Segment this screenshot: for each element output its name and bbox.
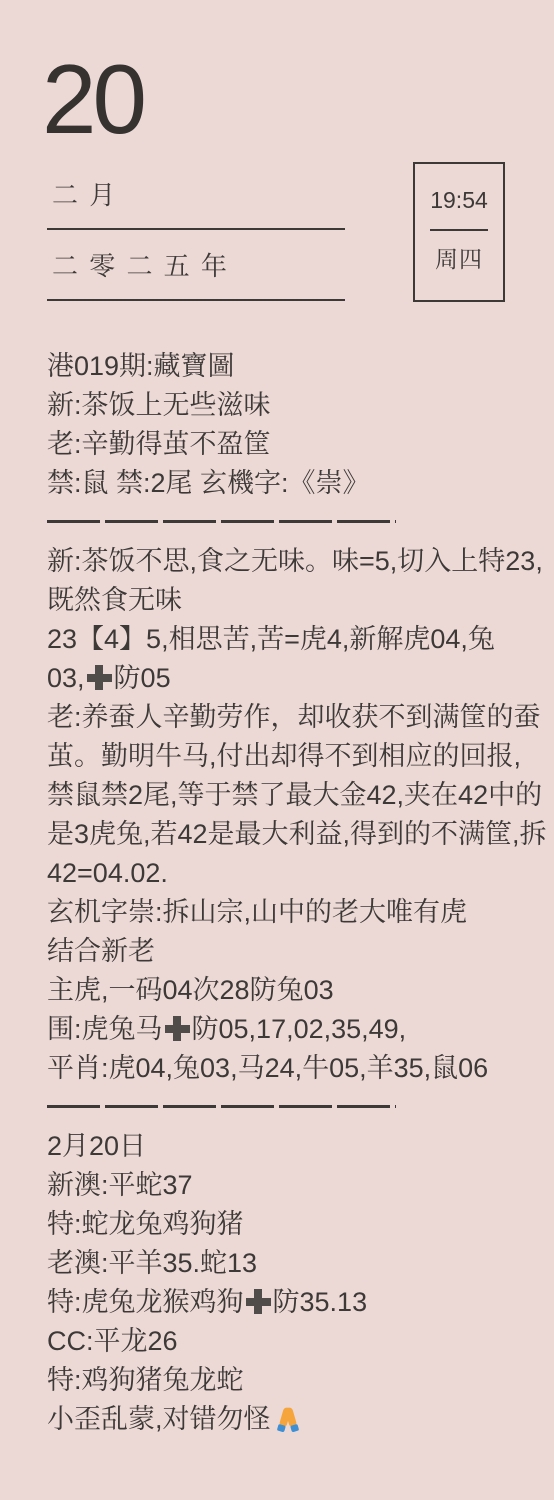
weekday-label: 周四 bbox=[435, 247, 483, 271]
dashed-separator bbox=[47, 1088, 527, 1127]
tips-content: 港019期:藏寶圖 新:茶饭上无些滋味 老:辛勤得茧不盈筐 禁:鼠 禁:2尾 玄… bbox=[47, 347, 527, 1439]
analysis-line: 03,防05 bbox=[47, 659, 527, 698]
old-macau-line: 老澳:平羊35.蛇13 bbox=[47, 1244, 527, 1283]
ban-line: 禁:鼠 禁:2尾 玄機字:《崇》 bbox=[47, 464, 527, 503]
analysis-line: 玄机字崇:拆山宗,山中的老大唯有虎 bbox=[47, 893, 527, 932]
issue-title: 港019期:藏寶圖 bbox=[47, 347, 527, 386]
dash-line bbox=[47, 1105, 396, 1108]
plus-icon bbox=[246, 1289, 271, 1314]
analysis-line: 禁鼠禁2尾,等于禁了最大金42,夹在42中的 bbox=[47, 776, 527, 815]
analysis-line: 老:养蚕人辛勤劳作，却收获不到满筐的蚕 bbox=[47, 698, 527, 737]
calendar-card: 20 二 月 二 零 二 五 年 19:54 周四 港019期:藏寶圖 新:茶饭… bbox=[0, 0, 554, 1500]
plus-icon bbox=[87, 665, 112, 690]
disclaimer-line: 小歪乱蒙,对错勿怪 bbox=[47, 1400, 527, 1439]
folded-hands-icon bbox=[273, 1404, 303, 1434]
year-label: 二 零 二 五 年 bbox=[52, 253, 229, 279]
analysis-line: 围:虎兔马防05,17,02,35,49, bbox=[47, 1010, 527, 1049]
time-label: 19:54 bbox=[430, 188, 488, 212]
dashed-separator bbox=[47, 503, 527, 542]
analysis-line: 42=04.02. bbox=[47, 854, 527, 893]
date-line: 2月20日 bbox=[47, 1127, 527, 1166]
box-divider-line bbox=[430, 229, 488, 231]
analysis-line: 既然食无味 bbox=[47, 581, 527, 620]
analysis-line: 23【4】5,相思苦,苦=虎4,新解虎04,兔 bbox=[47, 620, 527, 659]
cc-line: CC:平龙26 bbox=[47, 1322, 527, 1361]
old-riddle-line: 老:辛勤得茧不盈筐 bbox=[47, 425, 527, 464]
new-riddle-line: 新:茶饭上无些滋味 bbox=[47, 386, 527, 425]
day-number: 20 bbox=[42, 50, 143, 148]
datetime-box: 19:54 周四 bbox=[413, 162, 505, 302]
analysis-line: 是3虎兔,若42是最大利益,得到的不满筐,拆 bbox=[47, 815, 527, 854]
analysis-line: 平肖:虎04,兔03,马24,牛05,羊35,鼠06 bbox=[47, 1049, 527, 1088]
cc-special-line: 特:鸡狗猪兔龙蛇 bbox=[47, 1361, 527, 1400]
month-divider-line bbox=[47, 228, 345, 230]
new-macau-special-line: 特:蛇龙兔鸡狗猪 bbox=[47, 1205, 527, 1244]
dash-line bbox=[47, 520, 396, 523]
analysis-line: 茧。勤明牛马,付出却得不到相应的回报, bbox=[47, 737, 527, 776]
analysis-line: 主虎,一码04次28防兔03 bbox=[47, 971, 527, 1010]
month-label: 二 月 bbox=[52, 182, 117, 208]
analysis-line: 结合新老 bbox=[47, 932, 527, 971]
new-macau-line: 新澳:平蛇37 bbox=[47, 1166, 527, 1205]
plus-icon bbox=[165, 1016, 190, 1041]
analysis-line: 新:茶饭不思,食之无味。味=5,切入上特23, bbox=[47, 542, 527, 581]
year-divider-line bbox=[47, 299, 345, 301]
old-macau-special-line: 特:虎兔龙猴鸡狗防35.13 bbox=[47, 1283, 527, 1322]
